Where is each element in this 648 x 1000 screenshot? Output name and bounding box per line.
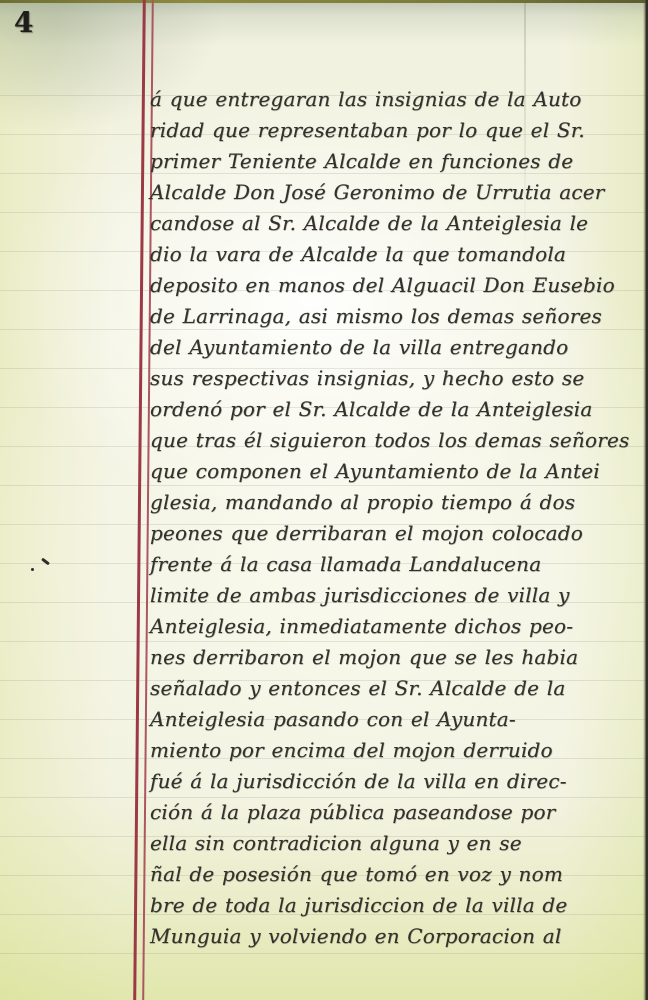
manuscript-line: candose al Sr. Alcalde de la Anteiglesia… <box>150 208 645 239</box>
manuscript-line: á que entregaran las insignias de la Aut… <box>150 84 645 115</box>
manuscript-line: limite de ambas jurisdicciones de villa … <box>150 580 645 611</box>
manuscript-line: fué á la jurisdicción de la villa en dir… <box>150 766 645 797</box>
manuscript-line: ción á la plaza pública paseandose por <box>150 797 645 828</box>
manuscript-line: señalado y entonces el Sr. Alcalde de la <box>150 673 645 704</box>
manuscript-line: que componen el Ayuntamiento de la Antei <box>150 456 645 487</box>
manuscript-line: ella sin contradicion alguna y en se <box>150 828 645 859</box>
manuscript-line: que tras él siguieron todos los demas se… <box>150 425 645 456</box>
manuscript-line: peones que derribaran el mojon colocado <box>150 518 645 549</box>
manuscript-line: Alcalde Don José Geronimo de Urrutia ace… <box>150 177 645 208</box>
manuscript-text: á que entregaran las insignias de la Aut… <box>150 84 645 952</box>
manuscript-line: glesia, mandando al propio tiempo á dos <box>150 487 645 518</box>
manuscript-line: ordenó por el Sr. Alcalde de la Anteigle… <box>150 394 645 425</box>
manuscript-line: sus respectivas insignias, y hecho esto … <box>150 363 645 394</box>
manuscript-line: miento por encima del mojon derruido <box>150 735 645 766</box>
manuscript-line: Munguia y volviendo en Corporacion al <box>150 921 645 952</box>
manuscript-line: ñal de posesión que tomó en voz y nom <box>150 859 645 890</box>
manuscript-line: Anteiglesia pasando con el Ayunta- <box>150 704 645 735</box>
manuscript-line: primer Teniente Alcalde en funciones de <box>150 146 645 177</box>
manuscript-line: deposito en manos del Alguacil Don Euseb… <box>150 270 645 301</box>
ink-speck <box>31 568 34 571</box>
manuscript-line: ridad que representaban por lo que el Sr… <box>150 115 645 146</box>
scan-top-edge <box>0 0 648 3</box>
manuscript-page: 4 á que entregaran las insignias de la A… <box>0 0 648 1000</box>
manuscript-line: de Larrinaga, asi mismo los demas señore… <box>150 301 645 332</box>
manuscript-line: frente á la casa llamada Landalucena <box>150 549 645 580</box>
manuscript-line: dio la vara de Alcalde la que tomandola <box>150 239 645 270</box>
page-number: 4 <box>14 6 33 39</box>
ink-speck <box>41 558 50 566</box>
manuscript-line: Anteiglesia, inmediatamente dichos peo- <box>150 611 645 642</box>
manuscript-line: bre de toda la jurisdiccion de la villa … <box>150 890 645 921</box>
manuscript-line: nes derribaron el mojon que se les habia <box>150 642 645 673</box>
manuscript-line: del Ayuntamiento de la villa entregando <box>150 332 645 363</box>
